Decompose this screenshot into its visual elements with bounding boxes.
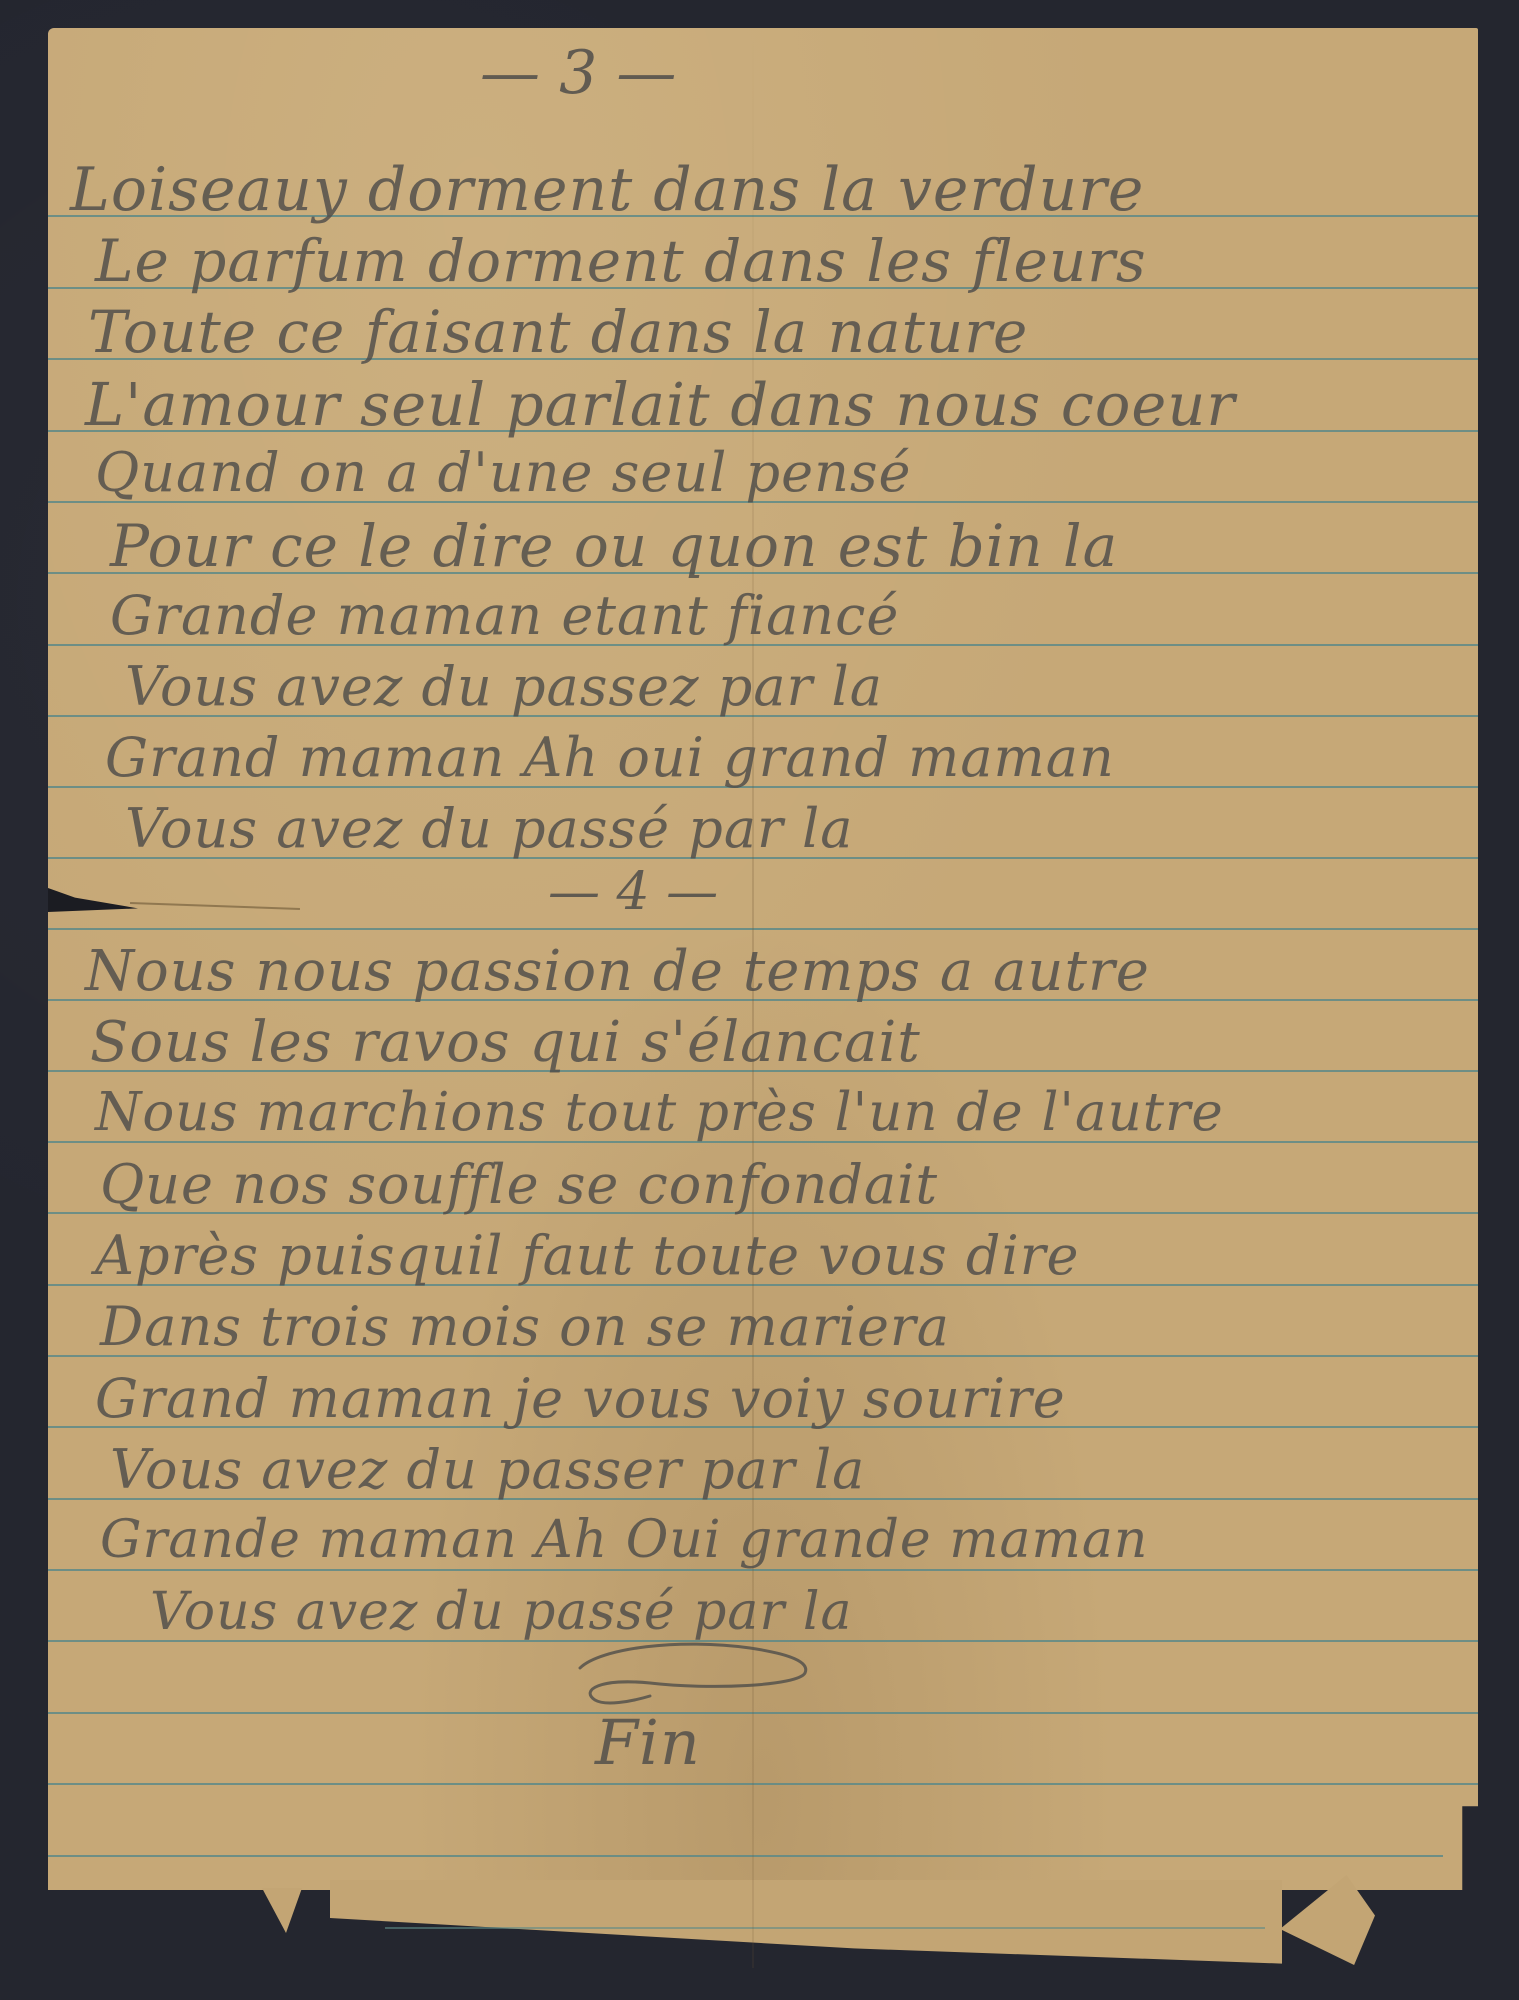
rule-line [48, 1783, 1478, 1785]
rule-line [385, 1927, 1265, 1929]
verse-4-line-8: Vous avez du passer par la [110, 1443, 865, 1497]
verse-3-line-1: Loiseauy dorment dans la verdure [70, 160, 1144, 220]
verse-4-line-5: Après puisquil faut toute vous dire [95, 1229, 1080, 1283]
verse-3-line-7: Grande maman etant fiancé [110, 589, 899, 643]
verse-4-line-7: Grand maman je vous voiy sourire [95, 1372, 1066, 1426]
verse-3-heading: — 3 — [480, 38, 676, 108]
rule-line [48, 1855, 1443, 1857]
rule-line [48, 1712, 1478, 1714]
verse-4-line-3: Nous marchions tout près l'un de l'autre [95, 1086, 1224, 1139]
signoff-fin: Fin [595, 1712, 701, 1774]
verse-3-line-9: Grand maman Ah oui grand maman [105, 731, 1115, 785]
verse-3-line-10: Vous avez du passé par la [125, 802, 854, 856]
verse-3-line-4: L'amour seul parlait dans nous coeur [85, 375, 1236, 434]
verse-3-line-5: Quand on a d'une seul pensé [95, 446, 912, 500]
verse-4-line-4: Que nos souffle se confondait [100, 1158, 938, 1212]
decorative-flourish [560, 1628, 850, 1708]
verse-4-line-1: Nous nous passion de temps a autre [85, 944, 1150, 1000]
verse-4-heading: — 4 — [548, 862, 718, 922]
verse-4-line-6: Dans trois mois on se mariera [100, 1300, 950, 1354]
verse-3-line-3: Toute ce faisant dans la nature [88, 303, 1028, 361]
verse-4-line-9: Grande maman Ah Oui grande maman [100, 1514, 1148, 1566]
verse-3-line-6: Pour ce le dire ou quon est bin la [110, 517, 1118, 575]
verse-3-line-8: Vous avez du passez par la [125, 660, 883, 714]
verse-4-line-2: Sous les ravos qui s'élancait [90, 1015, 921, 1071]
rule-line [48, 928, 1478, 930]
verse-3-line-2: Le parfum dorment dans les fleurs [95, 232, 1147, 290]
